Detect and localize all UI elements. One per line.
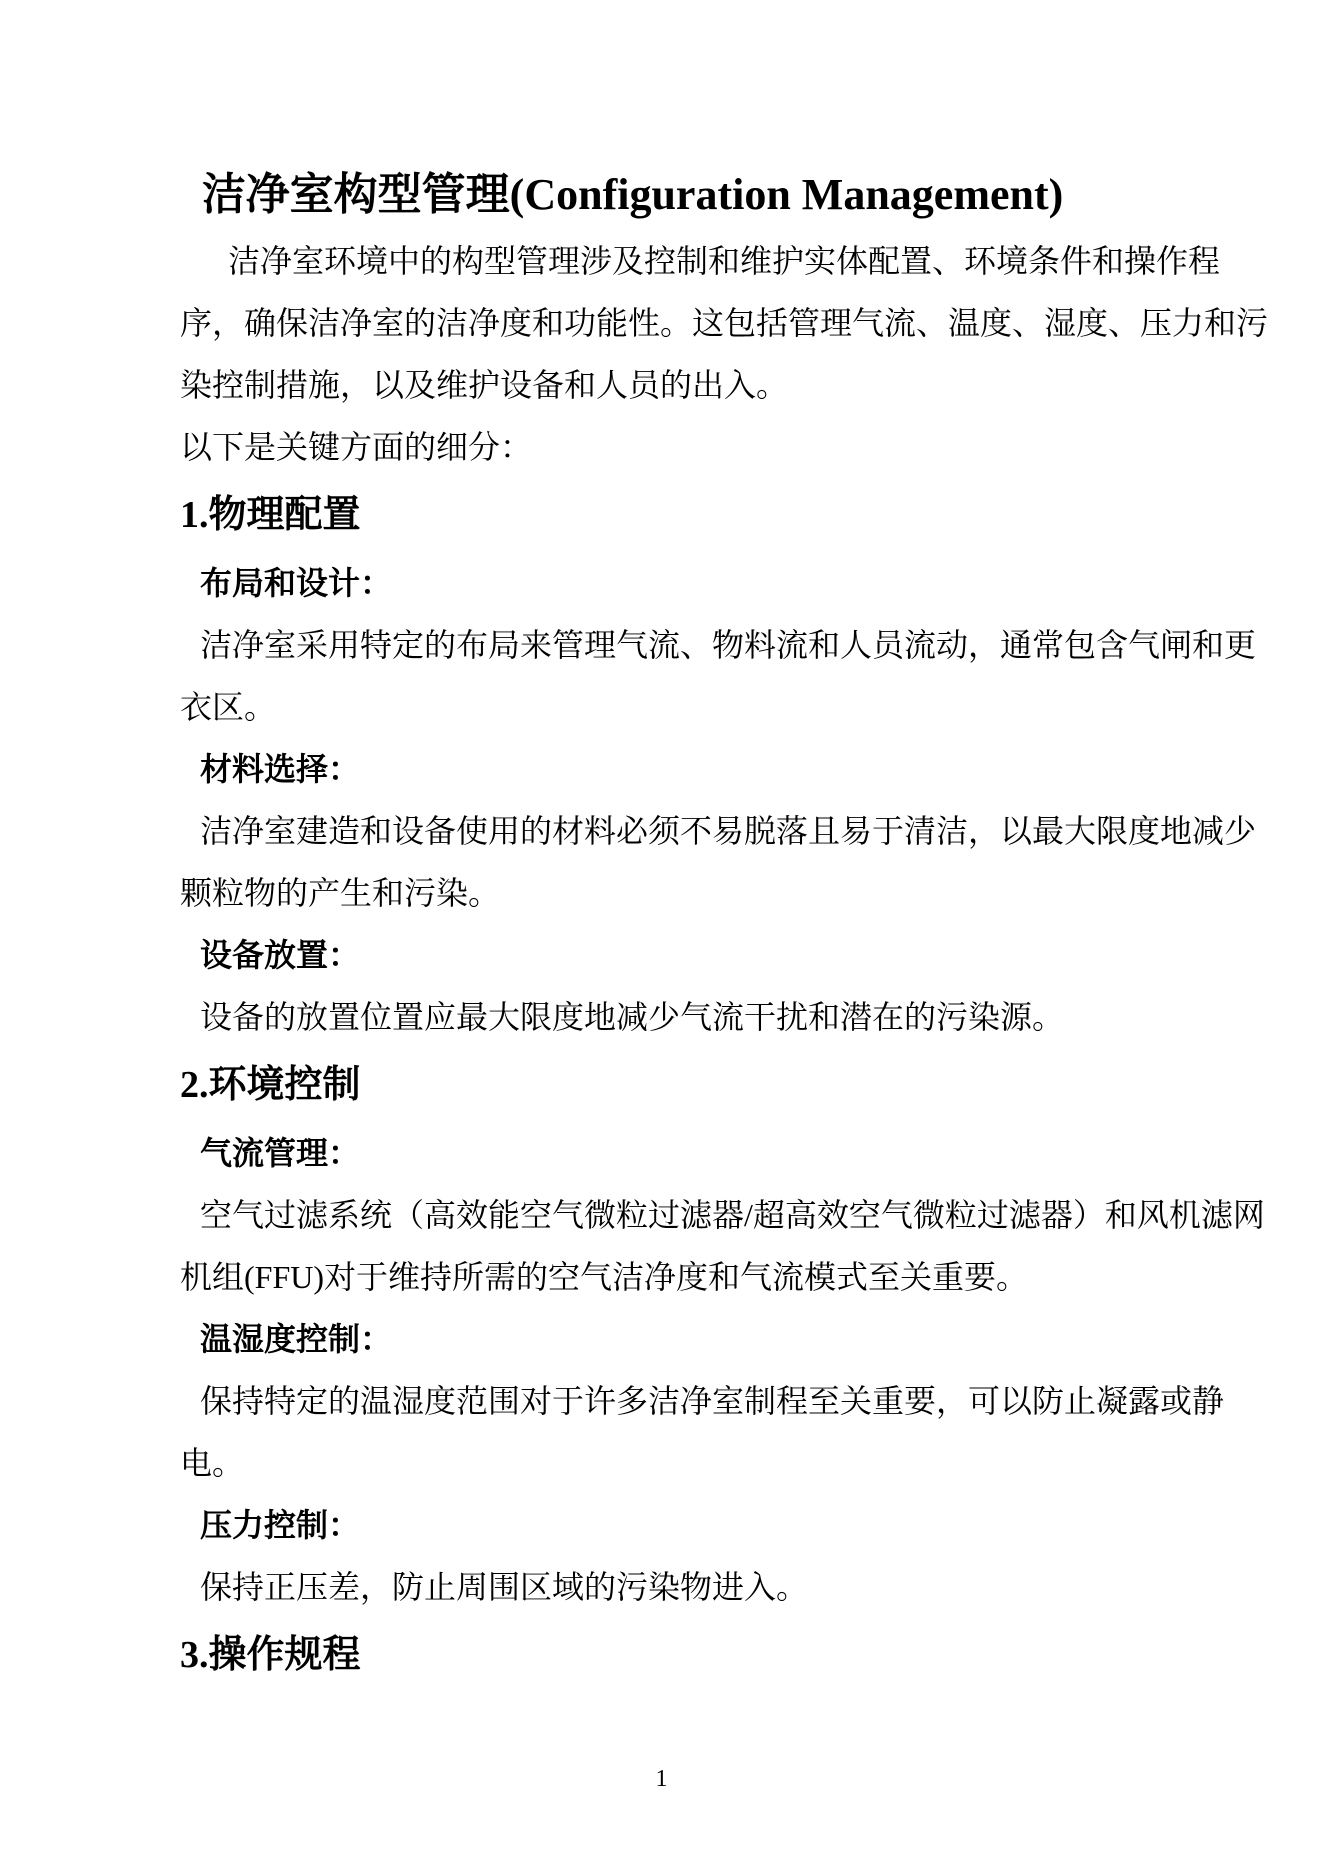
text-line: 衣区。 — [180, 676, 1085, 738]
text-line: 设备的放置位置应最大限度地减少气流干扰和潜在的污染源。 — [180, 986, 1085, 1048]
text-line: 空气过滤系统（高效能空气微粒过滤器/超高效空气微粒过滤器）和风机滤网 — [180, 1184, 1085, 1246]
section-heading-environmental-control: 2.环境控制 — [180, 1048, 1085, 1122]
text-line: 染控制措施，以及维护设备和人员的出入。 — [180, 354, 1085, 416]
paragraph-material-selection: 洁净室建造和设备使用的材料必须不易脱落且易于清洁，以最大限度地减少 颗粒物的产生… — [180, 800, 1085, 924]
page-number: 1 — [656, 1766, 668, 1792]
page-footer: 1 — [0, 1765, 1323, 1793]
paragraph-airflow-management: 空气过滤系统（高效能空气微粒过滤器/超高效空气微粒过滤器）和风机滤网 机组(FF… — [180, 1184, 1085, 1308]
subsection-heading-temperature-humidity-control: 温湿度控制： — [180, 1308, 1085, 1370]
document-page: 洁净室构型管理(Configuration Management) 洁净室环境中… — [0, 0, 1323, 1871]
subsection-heading-equipment-placement: 设备放置： — [180, 924, 1085, 986]
subsection-heading-airflow-management: 气流管理： — [180, 1122, 1085, 1184]
text-line: 机组(FFU)对于维持所需的空气洁净度和气流模式至关重要。 — [180, 1246, 1085, 1308]
subsection-heading-material-selection: 材料选择： — [180, 738, 1085, 800]
text-line: 保持正压差，防止周围区域的污染物进入。 — [180, 1556, 1085, 1618]
text-line: 保持特定的温湿度范围对于许多洁净室制程至关重要，可以防止凝露或静 — [180, 1370, 1085, 1432]
intro-paragraph: 洁净室环境中的构型管理涉及控制和维护实体配置、环境条件和操作程 序，确保洁净室的… — [180, 230, 1085, 416]
page-title: 洁净室构型管理(Configuration Management) — [180, 160, 1085, 230]
text-line: 序，确保洁净室的洁净度和功能性。这包括管理气流、温度、湿度、压力和污 — [180, 292, 1085, 354]
subsection-heading-pressure-control: 压力控制： — [180, 1494, 1085, 1556]
section-heading-physical-configuration: 1.物理配置 — [180, 478, 1085, 552]
section-heading-operating-procedures: 3.操作规程 — [180, 1618, 1085, 1692]
text-line: 洁净室建造和设备使用的材料必须不易脱落且易于清洁，以最大限度地减少 — [180, 800, 1085, 862]
text-line: 洁净室采用特定的布局来管理气流、物料流和人员流动，通常包含气闸和更 — [180, 614, 1085, 676]
paragraph-layout-design: 洁净室采用特定的布局来管理气流、物料流和人员流动，通常包含气闸和更 衣区。 — [180, 614, 1085, 738]
text-line: 电。 — [180, 1432, 1085, 1494]
lead-in-line: 以下是关键方面的细分： — [180, 416, 1085, 478]
paragraph-pressure-control: 保持正压差，防止周围区域的污染物进入。 — [180, 1556, 1085, 1618]
paragraph-equipment-placement: 设备的放置位置应最大限度地减少气流干扰和潜在的污染源。 — [180, 986, 1085, 1048]
text-line: 颗粒物的产生和污染。 — [180, 862, 1085, 924]
text-line: 洁净室环境中的构型管理涉及控制和维护实体配置、环境条件和操作程 — [180, 230, 1085, 292]
paragraph-temperature-humidity-control: 保持特定的温湿度范围对于许多洁净室制程至关重要，可以防止凝露或静 电。 — [180, 1370, 1085, 1494]
subsection-heading-layout-design: 布局和设计： — [180, 552, 1085, 614]
